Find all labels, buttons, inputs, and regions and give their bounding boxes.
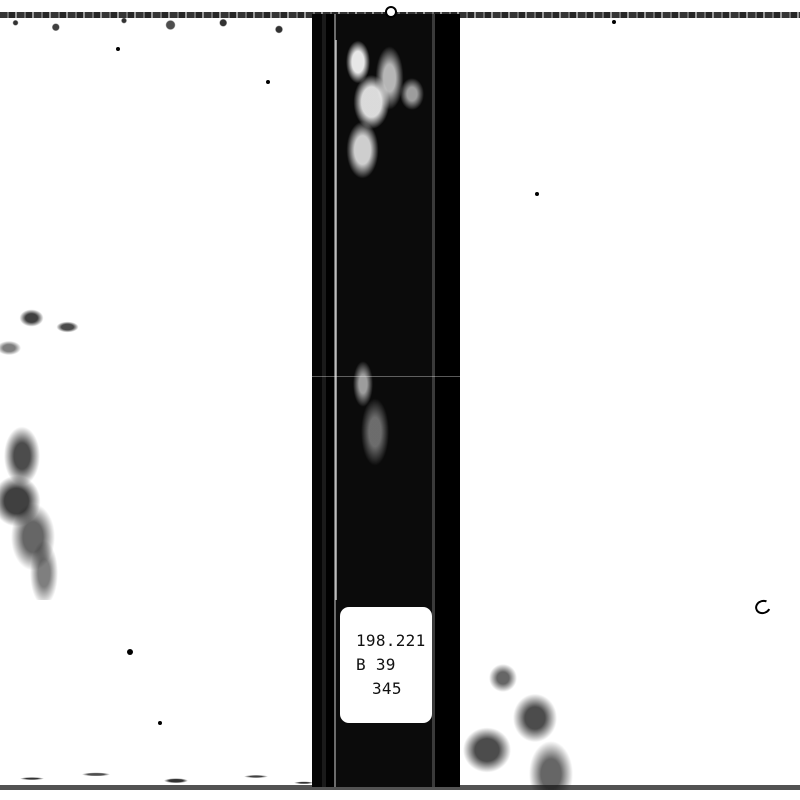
spine-wear bbox=[345, 360, 405, 480]
speck bbox=[127, 649, 133, 655]
spine-wear bbox=[340, 30, 430, 190]
front-board-mark bbox=[753, 598, 773, 617]
top-edge-wear bbox=[0, 14, 310, 36]
front-board-stain bbox=[455, 630, 615, 790]
speck bbox=[116, 47, 120, 51]
spine-highlight bbox=[335, 40, 337, 600]
back-board-stain bbox=[0, 300, 90, 360]
call-number-label: 198.221 B 39 345 bbox=[340, 607, 432, 723]
call-number-cutter: B 39 bbox=[356, 653, 396, 677]
ring-icon bbox=[385, 6, 397, 18]
bottom-edge-wear bbox=[0, 745, 320, 787]
back-board-stain bbox=[0, 420, 110, 600]
call-number-item: 345 bbox=[356, 677, 402, 701]
book-cover-scan: 198.221 B 39 345 bbox=[0, 0, 800, 800]
speck bbox=[612, 20, 616, 24]
scan-crease bbox=[312, 376, 460, 377]
call-number-class: 198.221 bbox=[356, 629, 426, 653]
speck bbox=[158, 721, 162, 725]
speck bbox=[266, 80, 270, 84]
speck bbox=[535, 192, 539, 196]
